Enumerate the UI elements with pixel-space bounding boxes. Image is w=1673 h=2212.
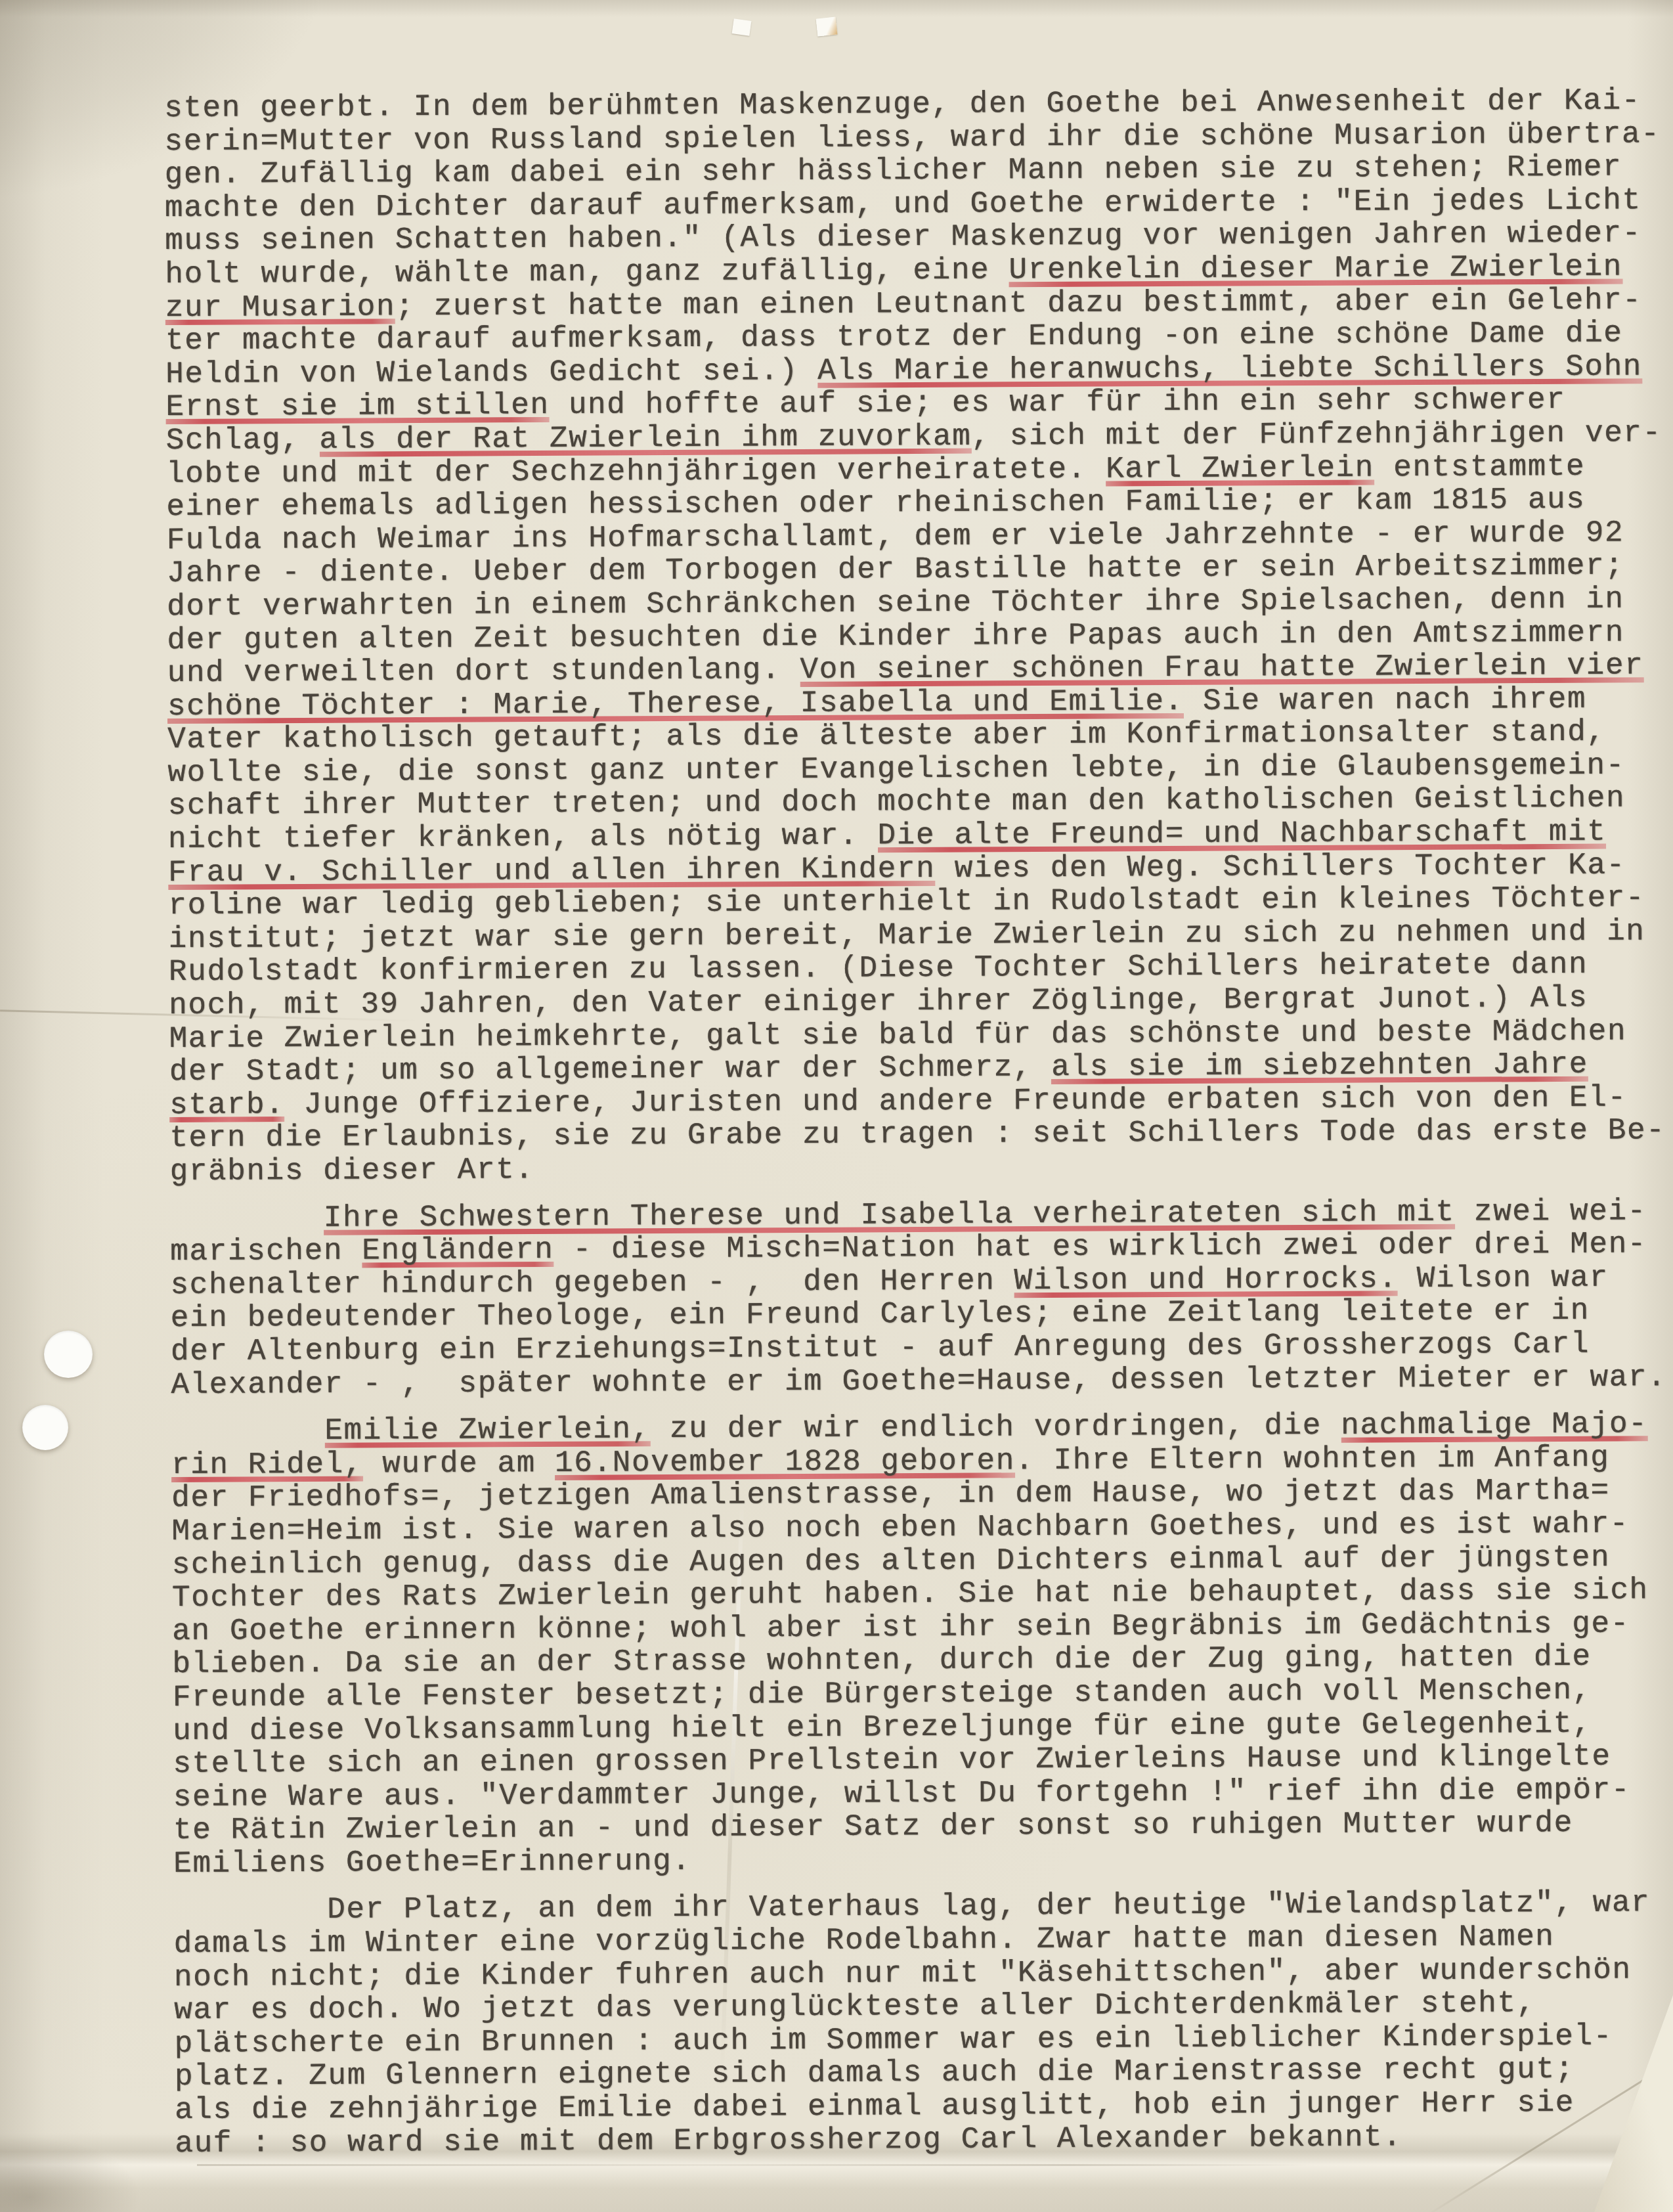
text-block: sten geerbt. In dem berühmten Maskenzuge…: [164, 84, 1673, 2160]
red-underline: Wilson und Horrocks.: [1014, 1262, 1397, 1298]
red-underline: als sie im siebzehnten Jahre: [1051, 1048, 1588, 1084]
text-segment: wurde am: [363, 1446, 555, 1482]
text-segment: Alexander - , später wohnte er im Goethe…: [171, 1360, 1666, 1402]
text-segment: Sie waren nach ihrem: [1184, 682, 1587, 718]
red-underline: 16.November 1828 geboren: [555, 1444, 1015, 1480]
text-segment: nicht tiefer kränken, als nötig war.: [168, 818, 878, 856]
text-segment: [170, 1201, 324, 1235]
text-line: Alexander - , später wohnte er im Goethe…: [171, 1361, 1673, 1402]
red-underline: Ernst sie im stillen: [165, 388, 549, 424]
red-underline: nachmalige Majo-: [1341, 1407, 1648, 1442]
text-line: Emiliens Goethe=Erinnerung.: [173, 1840, 1673, 1881]
text-segment: Heldin von Wielands Gedicht sei.): [165, 354, 817, 391]
text-segment: schenalter hindurch gegeben - , den Herr…: [170, 1264, 1014, 1302]
text-segment: der Stadt; um so allgemeiner war der Sch…: [169, 1050, 1052, 1089]
red-underline: Engländern: [362, 1233, 554, 1268]
text-segment: lobte und mit der Sechzehnjährigen verhe…: [166, 452, 1106, 491]
text-segment: zwei wei-: [1455, 1194, 1647, 1229]
text-segment: auf : so ward sie mit dem Erbgrossherzog…: [175, 2120, 1402, 2161]
text-line: auf : so ward sie mit dem Erbgrossherzog…: [175, 2119, 1673, 2161]
red-underline: Urenkelin dieser Marie Zwierlein: [1009, 250, 1622, 287]
text-segment: . Ihre Eltern wohnten im Anfang: [1015, 1440, 1610, 1478]
text-segment: zu der wir endlich vordringen, die: [651, 1409, 1341, 1447]
paper-speck: [816, 17, 838, 37]
red-underline: Die alte Freund= und Nachbarschaft mit: [877, 815, 1606, 853]
punch-hole: [22, 1405, 68, 1450]
text-segment: Emiliens Goethe=Erinnerung.: [173, 1844, 691, 1881]
red-underline: rin Ridel,: [171, 1447, 363, 1482]
text-segment: Wilson war: [1397, 1260, 1609, 1296]
text-segment: gräbnis dieser Art.: [169, 1153, 534, 1189]
red-underline: Von seiner schönen Frau hatte Zwierlein …: [800, 648, 1643, 687]
red-underline: als der Rat Zwierlein ihm zuvorkam: [319, 420, 971, 457]
paper-crease: [197, 2164, 1313, 2166]
red-underline: zur Musarion: [165, 290, 396, 325]
text-segment: Schlag,: [166, 423, 320, 458]
red-underline: Als Marie heranwuchs, liebte Schillers S…: [817, 349, 1642, 388]
paper-speck: [732, 18, 752, 36]
text-segment: , sich mit der Fünfzehnjährigen ver-: [971, 416, 1662, 454]
punch-hole: [44, 1331, 93, 1378]
red-underline: Frau v. Schiller und allen ihren Kindern: [168, 852, 935, 890]
text-segment: [171, 1414, 325, 1449]
red-underline: Karl Zwierlein: [1106, 451, 1374, 486]
text-line: gräbnis dieser Art.: [169, 1147, 1673, 1189]
red-underline: Emilie Zwierlein,: [324, 1412, 651, 1448]
text-segment: und verweilten dort stundenlang.: [167, 653, 800, 690]
text-segment: marischen: [170, 1234, 362, 1270]
typescript-page: sten geerbt. In dem berühmten Maskenzuge…: [0, 0, 1673, 2212]
red-underline: starb.: [169, 1088, 285, 1122]
text-segment: wies den Weg. Schillers Tochter Ka-: [935, 848, 1626, 886]
text-segment: entstammte: [1374, 449, 1586, 485]
text-segment: holt wurde, wählte man, ganz zufällig, e…: [165, 253, 1009, 292]
